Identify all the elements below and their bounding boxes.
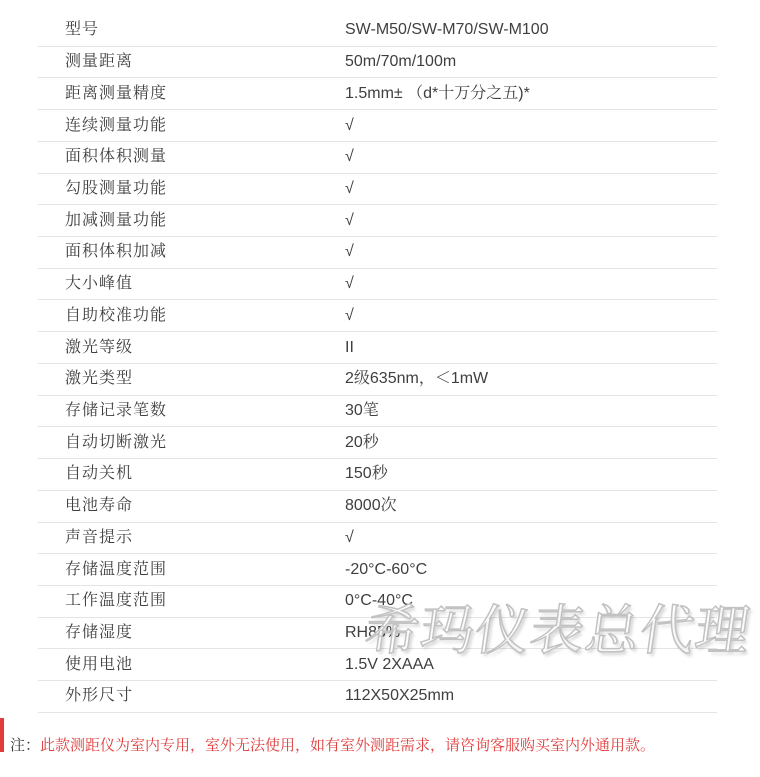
spec-row: 连续测量功能 √: [38, 110, 717, 142]
footnote-prefix: 注：: [10, 737, 40, 754]
spec-row: 距离测量精度 1.5mm± （d*十万分之五)*: [38, 78, 717, 110]
spec-label: 勾股测量功能: [38, 181, 345, 197]
spec-value: 112X50X25mm: [345, 688, 717, 704]
spec-label: 激光等级: [38, 340, 345, 356]
spec-label: 激光类型: [38, 371, 345, 387]
spec-row: 激光等级 II: [38, 332, 717, 364]
spec-row: 存储记录笔数 30笔: [38, 396, 717, 428]
spec-value: √: [345, 118, 717, 134]
spec-value: 1.5V 2XAAA: [345, 657, 717, 673]
spec-value: 0°C-40°C: [345, 593, 717, 609]
footnote-text: 此款测距仪为室内专用，室外无法使用，如有室外测距需求，请咨询客服购买室内外通用款…: [40, 737, 655, 754]
spec-value: √: [345, 276, 717, 292]
spec-label: 自动关机: [38, 466, 345, 482]
spec-value: RH85%: [345, 625, 717, 641]
spec-value: II: [345, 340, 717, 356]
spec-label: 面积体积测量: [38, 149, 345, 165]
spec-row: 加减测量功能 √: [38, 205, 717, 237]
spec-value: 8000次: [345, 498, 717, 514]
spec-label: 面积体积加减: [38, 244, 345, 260]
spec-label: 存储湿度: [38, 625, 345, 641]
spec-label: 存储温度范围: [38, 562, 345, 578]
spec-value: 30笔: [345, 403, 717, 419]
spec-value: SW-M50/SW-M70/SW-M100: [345, 22, 717, 38]
spec-row: 测量距离 50m/70m/100m: [38, 47, 717, 79]
spec-row: 声音提示 √: [38, 523, 717, 555]
spec-label: 电池寿命: [38, 498, 345, 514]
spec-value: √: [345, 149, 717, 165]
spec-label: 外形尺寸: [38, 688, 345, 704]
spec-label: 大小峰值: [38, 276, 345, 292]
spec-label: 声音提示: [38, 530, 345, 546]
spec-value: √: [345, 181, 717, 197]
footnote: 注：此款测距仪为室内专用，室外无法使用，如有室外测距需求，请咨询客服购买室内外通…: [10, 736, 758, 756]
spec-row: 存储湿度 RH85%: [38, 618, 717, 650]
spec-row: 电池寿命 8000次: [38, 491, 717, 523]
spec-row: 使用电池 1.5V 2XAAA: [38, 649, 717, 681]
spec-label: 存储记录笔数: [38, 403, 345, 419]
spec-row: 存储温度范围 -20°C-60°C: [38, 554, 717, 586]
spec-row: 自助校准功能 √: [38, 300, 717, 332]
spec-row: 激光类型 2级635nm，＜1mW: [38, 364, 717, 396]
spec-label: 自助校准功能: [38, 308, 345, 324]
spec-label: 距离测量精度: [38, 86, 345, 102]
spec-label: 型号: [38, 22, 345, 38]
spec-value: -20°C-60°C: [345, 562, 717, 578]
spec-row: 工作温度范围 0°C-40°C: [38, 586, 717, 618]
spec-label: 测量距离: [38, 54, 345, 70]
spec-row: 面积体积加减 √: [38, 237, 717, 269]
spec-row: 自动关机 150秒: [38, 459, 717, 491]
spec-label: 加减测量功能: [38, 213, 345, 229]
spec-value: √: [345, 244, 717, 260]
spec-label: 连续测量功能: [38, 118, 345, 134]
spec-value: 1.5mm± （d*十万分之五)*: [345, 86, 717, 102]
spec-value: 20秒: [345, 435, 717, 451]
spec-value: √: [345, 530, 717, 546]
spec-row: 外形尺寸 112X50X25mm: [38, 681, 717, 713]
left-red-accent-bar: [0, 718, 4, 752]
spec-value: 2级635nm，＜1mW: [345, 371, 717, 387]
spec-value: √: [345, 308, 717, 324]
spec-row: 自动切断激光 20秒: [38, 427, 717, 459]
spec-label: 使用电池: [38, 657, 345, 673]
spec-label: 自动切断激光: [38, 435, 345, 451]
spec-row: 勾股测量功能 √: [38, 174, 717, 206]
spec-row: 型号 SW-M50/SW-M70/SW-M100: [38, 15, 717, 47]
spec-value: 150秒: [345, 466, 717, 482]
spec-row: 面积体积测量 √: [38, 142, 717, 174]
spec-label: 工作温度范围: [38, 593, 345, 609]
spec-value: √: [345, 213, 717, 229]
spec-value: 50m/70m/100m: [345, 54, 717, 70]
spec-table: 型号 SW-M50/SW-M70/SW-M100 测量距离 50m/70m/10…: [38, 15, 717, 713]
spec-row: 大小峰值 √: [38, 269, 717, 301]
